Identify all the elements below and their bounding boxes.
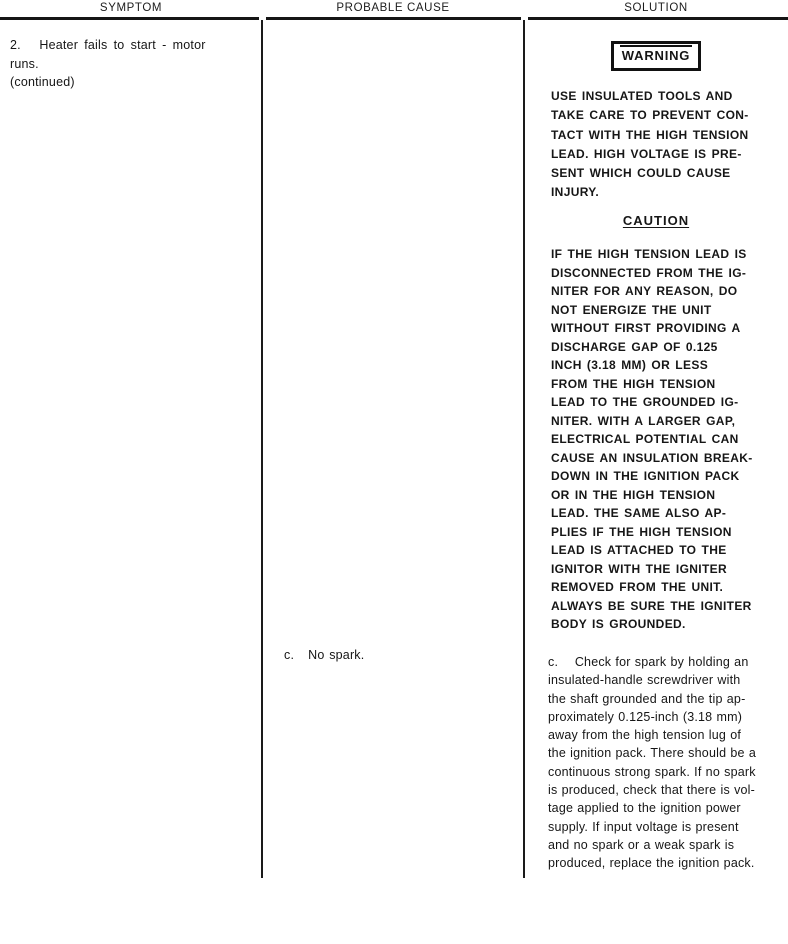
symptom-entry-text: 2. Heater fails to start - motor runs. (… xyxy=(10,36,254,92)
solution-item-c: c. Check for spark by holding an insulat… xyxy=(548,653,786,873)
manual-page: SYMPTOM PROBABLE CAUSE SOLUTION 2. Heate… xyxy=(0,0,788,944)
caution-label: CAUTION xyxy=(623,213,689,228)
column-header-probable-cause: PROBABLE CAUSE xyxy=(262,2,524,14)
header-rule-middle xyxy=(266,17,521,20)
warning-box: WARNING xyxy=(611,41,701,71)
warning-label: WARNING xyxy=(620,45,692,63)
column-divider-1 xyxy=(261,20,263,878)
header-rule-right xyxy=(528,17,788,20)
column-header-symptom: SYMPTOM xyxy=(0,2,262,14)
caution-paragraph: IF THE HIGH TENSION LEAD IS DISCONNECTED… xyxy=(551,245,785,634)
column-divider-2 xyxy=(523,20,525,878)
warning-box-container: WARNING xyxy=(524,41,788,71)
warning-paragraph: USE INSULATED TOOLS AND TAKE CARE TO PRE… xyxy=(551,87,785,203)
column-header-solution: SOLUTION xyxy=(524,2,788,14)
probable-cause-item-c: c. No spark. xyxy=(284,646,504,665)
caution-heading-container: CAUTION xyxy=(524,212,788,230)
header-rule-left xyxy=(0,17,259,20)
